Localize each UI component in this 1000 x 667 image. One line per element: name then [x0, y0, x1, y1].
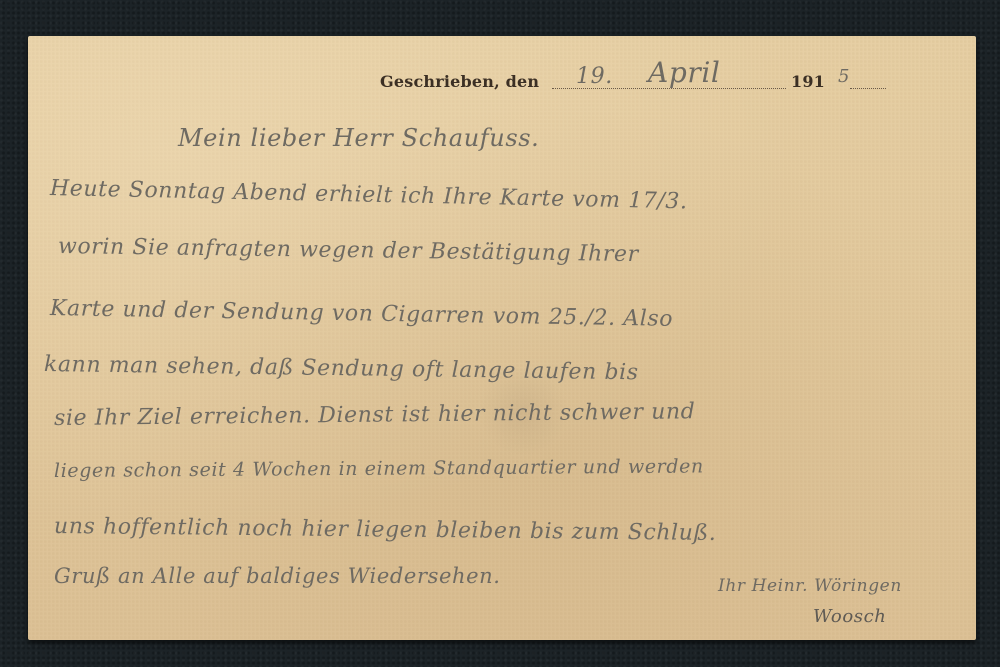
salutation: Mein lieber Herr Schaufuss.	[178, 124, 539, 152]
handwritten-year-digit: 5	[838, 66, 850, 87]
body-line-5: sie Ihr Ziel erreichen. Dienst ist hier …	[54, 399, 696, 431]
handwritten-day: 19.	[576, 64, 613, 89]
body-line-4: kann man sehen, daß Sendung oft lange la…	[44, 352, 639, 385]
body-line-8: Gruß an Alle auf baldiges Wiedersehen.	[54, 564, 501, 588]
date-header: Geschrieben, den 19. April 191 5	[380, 66, 900, 96]
body-line-2: worin Sie anfragten wegen der Bestätigun…	[58, 234, 639, 267]
body-line-1: Heute Sonntag Abend erhielt ich Ihre Kar…	[50, 176, 688, 214]
printed-year-prefix: 191	[791, 72, 825, 91]
body-line-6: liegen schon seit 4 Wochen in einem Stan…	[54, 455, 704, 482]
signature-line-1: Ihr Heinr. Wöringen	[718, 576, 902, 596]
body-line-3: Karte und der Sendung von Cigarren vom 2…	[50, 296, 674, 332]
signature-line-2: Woosch	[813, 606, 886, 627]
year-dotted-line	[850, 88, 886, 89]
handwritten-month: April	[648, 56, 720, 89]
body-line-7: uns hoffentlich noch hier liegen bleiben…	[54, 514, 717, 546]
postcard: Geschrieben, den 19. April 191 5 Mein li…	[28, 36, 976, 640]
printed-date-label: Geschrieben, den	[380, 72, 539, 91]
